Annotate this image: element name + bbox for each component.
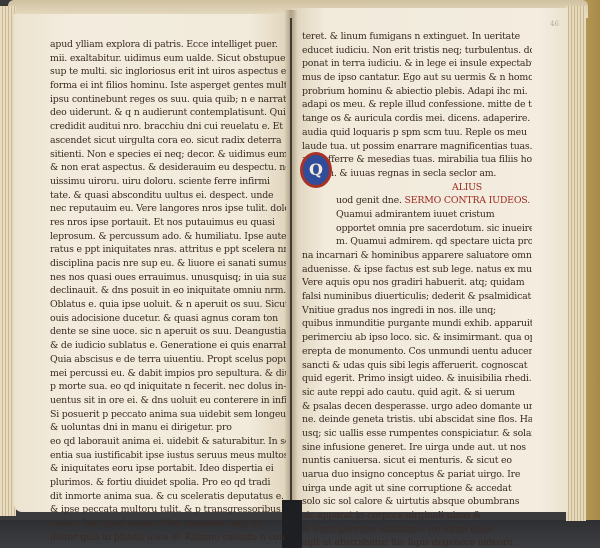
text-line: solo sic sol calore & uirtutis absque ob… (302, 495, 532, 509)
text-line: ponat in terra iudiciu. & in lege ei ins… (302, 57, 532, 71)
text-line: apud ylliam explora di patris. Ecce inte… (50, 38, 286, 52)
text-line: Quamui admirantem iuuet cristum (302, 208, 532, 222)
right-page-top-text: teret. & linum fumigans n extinguet. In … (302, 30, 532, 181)
text-line: m. Quamui admirem. qd spectare uicta pro (302, 235, 532, 249)
text-line: tange os & auricula cordis mei. dicens. … (302, 112, 532, 126)
text-line: probrium hominu & abiectio plebis. Adapi… (302, 85, 532, 99)
text-line: declinauit. & dns posuit in eo iniquitat… (50, 284, 286, 298)
text-line: orauit. Iste apud eunde. Non clamabit. n… (50, 517, 286, 531)
text-line: Oblatus e. quia ipse uoluit. & n aperuit… (50, 298, 286, 312)
text-line: sine infusione generet. Ire uirga unde a… (302, 441, 532, 455)
text-line: leprosum. & percussum ado. & humiliatu. … (50, 230, 286, 244)
text-line: dietur quis in plateis uoce ei. Kalamu c… (50, 531, 286, 545)
text-line: ratus e ppt iniquitates nras. attritus e… (50, 243, 286, 257)
text-line: quibus inmunditie purgante mundi exhib. … (302, 317, 532, 331)
text-line: mii. exaltabitur. uidimus eum ualde. Sic… (50, 52, 286, 66)
text-line: sancti & udas quis sibi legis afferuerit… (302, 359, 532, 373)
text-line: uarua duo insigno conceptus & pariat uir… (302, 468, 532, 482)
text-line: Vnitiue gradus nos ingredi in nos. ille … (302, 304, 532, 318)
text-line: plurimos. & fortiu diuidet spolia. Pro e… (50, 476, 286, 490)
text-line: uissimu uiroru. uiru doloru. sciente fer… (50, 175, 286, 189)
text-line: falsi numinibus diuerticulis; dederit & … (302, 290, 532, 304)
text-line: na incarnari & hominibus apparere saluat… (302, 249, 532, 263)
sermon-heading: uod genit dne. SERMO CONTRA IUDEOS. (302, 194, 532, 208)
text-line: teret. & linum fumigans n extinguet. In … (302, 30, 532, 44)
right-page-text: teret. & linum fumigans n extinguet. In … (302, 30, 532, 548)
text-line: mei percussi eu. & dabit impios pro sepu… (50, 367, 286, 381)
text-line: Si posuerit p peccato anima sua uidebit … (50, 408, 286, 422)
text-line: ascendet sicut uirgulta cora eo. sicut r… (50, 134, 286, 148)
text-line: minum. & iuuas regnas in secla seclor am… (302, 167, 532, 181)
text-line: agit ut abstrahatur hic lapis degenere u… (302, 536, 532, 548)
text-line: adapi os meu. & reple illud confessione.… (302, 98, 532, 112)
text-line: ipsu continebunt reges os suu. quia quib… (50, 93, 286, 107)
text-line: aduenisse. & ipse factus est sub lege. n… (302, 263, 532, 277)
open-book: 46 apud ylliam explora di patris. Ecce i… (0, 0, 590, 530)
text-line: sup te multi. sic ingloriosus erit int u… (50, 65, 286, 79)
text-line: nes nos quasi oues errauimus. unusquisq;… (50, 271, 286, 285)
text-line: & non erat aspectus. & desiderauim eu de… (50, 161, 286, 175)
initial-letter: Q (303, 155, 329, 185)
text-line: res nros ipse portauit. Et nos putauimus… (50, 216, 286, 230)
right-page-body-text: Quamui admirantem iuuet cristumopportet … (302, 208, 532, 548)
text-line: entia sua iustificabit ipse iustus seruu… (50, 449, 286, 463)
heading-rubric: SERMO CONTRA IUDEOS. (405, 195, 530, 206)
rubric-line: ALIUS (302, 181, 532, 195)
text-line: mus de ipso cantatur. Ego aut su uermis … (302, 71, 532, 85)
left-page-text: apud ylliam explora di patris. Ecce inte… (50, 38, 286, 544)
text-line: forma ei int filios hominu. Iste asperge… (50, 79, 286, 93)
text-line: disciplina pacis nre sup eu. & liuore ei… (50, 257, 286, 271)
text-line: & uoluntas dni in manu ei dirigetur. pro (50, 421, 286, 435)
text-line: sic aute reppi ado cautu. quid agit. & s… (302, 386, 532, 400)
text-line: uirga unde agit ut sine corruptione & ac… (302, 482, 532, 496)
text-line: p morte sua. eo qd iniquitate n fecerit.… (50, 380, 286, 394)
text-line: & ipse peccata multoru tulit. & p transg… (50, 503, 286, 517)
text-line: sic apparat in corpore uirginali uisus & (302, 509, 532, 523)
text-line: credidit auditui nro. bracchiu dni cui r… (50, 120, 286, 134)
text-line: deo uiderunt. & q n audierunt contemplat… (50, 106, 286, 120)
text-line: audia quid loquaris p spm scm tuu. Reple… (302, 126, 532, 140)
folio-number: 46 (550, 20, 559, 28)
text-line: eo qd laborauit anima ei. uidebit & satu… (50, 435, 286, 449)
right-page-edges (566, 6, 586, 521)
text-line: & iniquitates eoru ipse portabit. Ideo d… (50, 462, 286, 476)
text-line: usq; sic uallis esse rumpentes conspicia… (302, 427, 532, 441)
illuminated-initial: Q (300, 152, 332, 188)
text-line: nuntis caniuersa. sicut ei menturis. & s… (302, 454, 532, 468)
text-line: ne. deinde geneta tristis. ubi abscidat … (302, 413, 532, 427)
text-line: & de iudicio sublatus e. Generatione ei … (50, 339, 286, 353)
text-line: laude tua. ut possim enarrare magnificen… (302, 140, 532, 154)
text-line: ouis adocisione ducetur. & quasi agnus c… (50, 312, 286, 326)
text-line: tate. & quasi absconditu uultus ei. desp… (50, 189, 286, 203)
heading-prefix: uod genit dne. (336, 195, 402, 206)
manuscript-photo: 46 apud ylliam explora di patris. Ecce i… (0, 0, 600, 548)
text-line: perimerciu ab ipso loco. sic. & insimirm… (302, 331, 532, 345)
text-line: dente se sine uoce. sic n aperuit os suu… (50, 325, 286, 339)
text-line: sitienti. Non e species ei neq; decor. &… (50, 148, 286, 162)
text-line: Vere aquis opu nos gradiri habuerit. atq… (302, 276, 532, 290)
text-line: uentus sit in ore ei. & dns uoluit eu co… (50, 394, 286, 408)
text-line: educet iudiciu. Non erit tristis neq; tu… (302, 44, 532, 58)
text-line: erepta de monumento. Cos unmundi uentu a… (302, 345, 532, 359)
text-line: nec reputauim eu. Vere langores nros ips… (50, 202, 286, 216)
text-line: & hunc germine saluatore. Ire uirga unde (302, 523, 532, 537)
text-line: dit inmorte anima sua. & cu sceleratis d… (50, 490, 286, 504)
text-line: Quia abscisus e de terra uiuentiu. Propt… (50, 353, 286, 367)
rubric-alius: ALIUS (452, 182, 482, 193)
text-line: quid egerit. Primo insigt uideo. & inuis… (302, 372, 532, 386)
book-gutter (284, 10, 298, 540)
text-line: & psalas decen desperasse. urgo adeo dom… (302, 400, 532, 414)
text-line: opportet omnia pre sacerdotum. sic inuei… (302, 222, 532, 236)
text-line: atq; efferre & mesedias tuas. mirabilia … (302, 153, 532, 167)
